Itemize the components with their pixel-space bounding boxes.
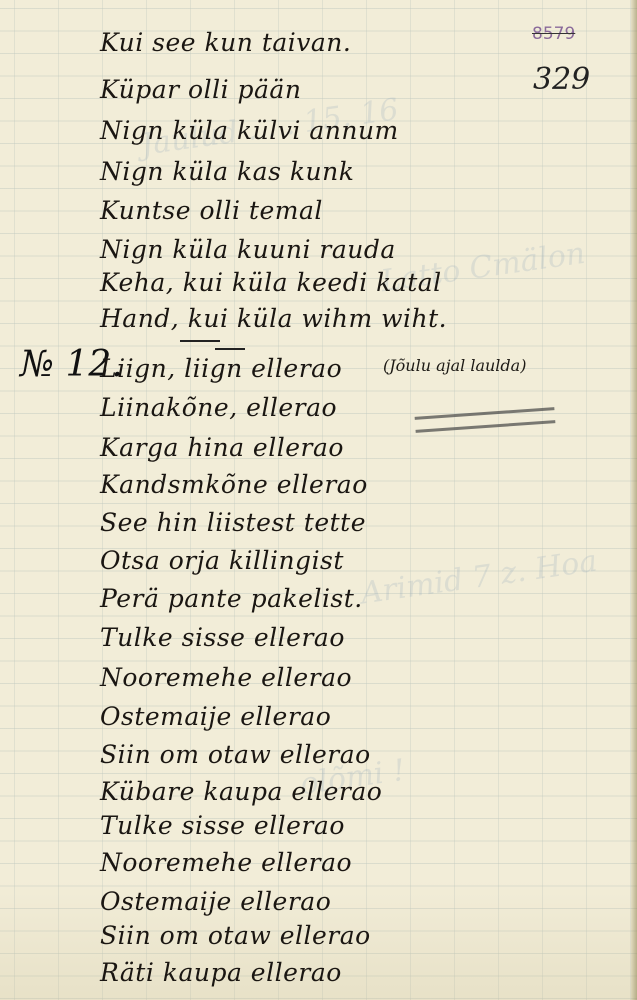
verse-line: Nign küla külvi annum [100,116,399,145]
song-line: Kandsmkõne ellerao [100,470,368,499]
song-line: Ostemaije ellerao [100,702,331,731]
song-line: Liign, liign ellerao [100,354,342,383]
song-line: Karga hina ellerao [100,433,344,462]
bleed-through-text: Arimid 7 z. Hoa [359,544,600,612]
manuscript-page: Jaulud . . . 15. 16 Latto Cmälon Arimid … [0,0,637,1000]
song-line: Siin om otaw ellerao [100,921,371,950]
verse-line: Hand, kui küla wihm wiht. [100,304,447,333]
song-line: Räti kaupa ellerao [100,958,342,987]
song-line: Nooremehe ellerao [100,848,352,877]
verse-line: Nign küla kas kunk [100,157,354,186]
verse-line: Keha, kui küla keedi katal [100,268,442,297]
song-line: Tulke sisse ellerao [100,623,345,652]
song-line: See hin liistest tette [100,508,366,537]
song-line: Nooremehe ellerao [100,663,352,692]
pencil-strikeout [415,407,556,433]
separator-dash [180,340,220,342]
verse-line: Küpar olli pään [100,75,301,104]
song-line: Perä pante pakelist. [100,584,363,613]
song-line: Siin om otaw ellerao [100,740,371,769]
archive-number-struck: 8579 [532,24,575,44]
song-line: Ostemaije ellerao [100,887,331,916]
song-line: Kübare kaupa ellerao [100,777,382,806]
verse-line: Kuntse olli temal [100,196,323,225]
page-number: 329 [533,62,590,97]
verse-line: Kui see kun taivan. [100,28,351,57]
margin-note: (Jõulu ajal laulda) [383,356,526,375]
song-line: Otsa orja killingist [100,546,344,575]
song-line: Liinakõne, ellerao [100,393,337,422]
song-line: Tulke sisse ellerao [100,811,345,840]
verse-line: Nign küla kuuni rauda [100,235,396,264]
separator-dash [215,348,245,350]
